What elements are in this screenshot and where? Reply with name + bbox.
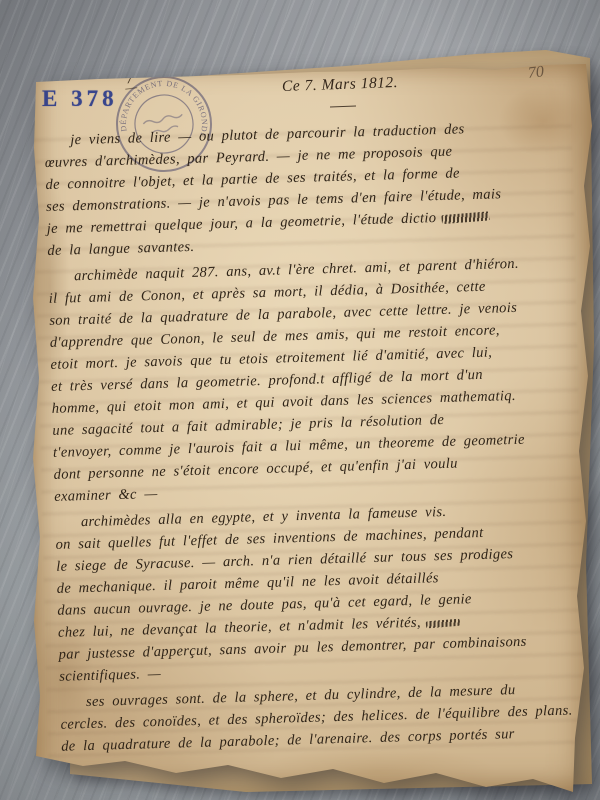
paragraph: ses ouvrages sont. de la sphere, et du c… — [60, 677, 600, 758]
line-text: examiner &c — — [54, 486, 158, 505]
paragraph: je viens de lire — ou plutot de parcouri… — [44, 115, 587, 262]
letter-body: je viens de lire — ou plutot de parcouri… — [44, 115, 600, 762]
crossed-out-word — [426, 619, 460, 629]
manuscript-sheet-wrap: E 378 7 DÉPARTEMENT DE LA GIRONDE 70 Ce … — [0, 0, 600, 800]
date-underline — [330, 106, 356, 108]
manuscript-sheet: E 378 7 DÉPARTEMENT DE LA GIRONDE 70 Ce … — [28, 56, 594, 798]
folio-number: 70 — [527, 63, 545, 83]
paragraph: archimède naquit 287. ans, av.t l'ère ch… — [48, 251, 595, 508]
ink-scribble — [441, 211, 490, 224]
line-text: scientifiques. — — [59, 666, 161, 685]
line-text: de la langue savantes. — [47, 239, 194, 259]
date-line: Ce 7. Mars 1812. — [282, 74, 399, 96]
paragraph: archimèdes alla en egypte, et y inventa … — [55, 497, 600, 688]
